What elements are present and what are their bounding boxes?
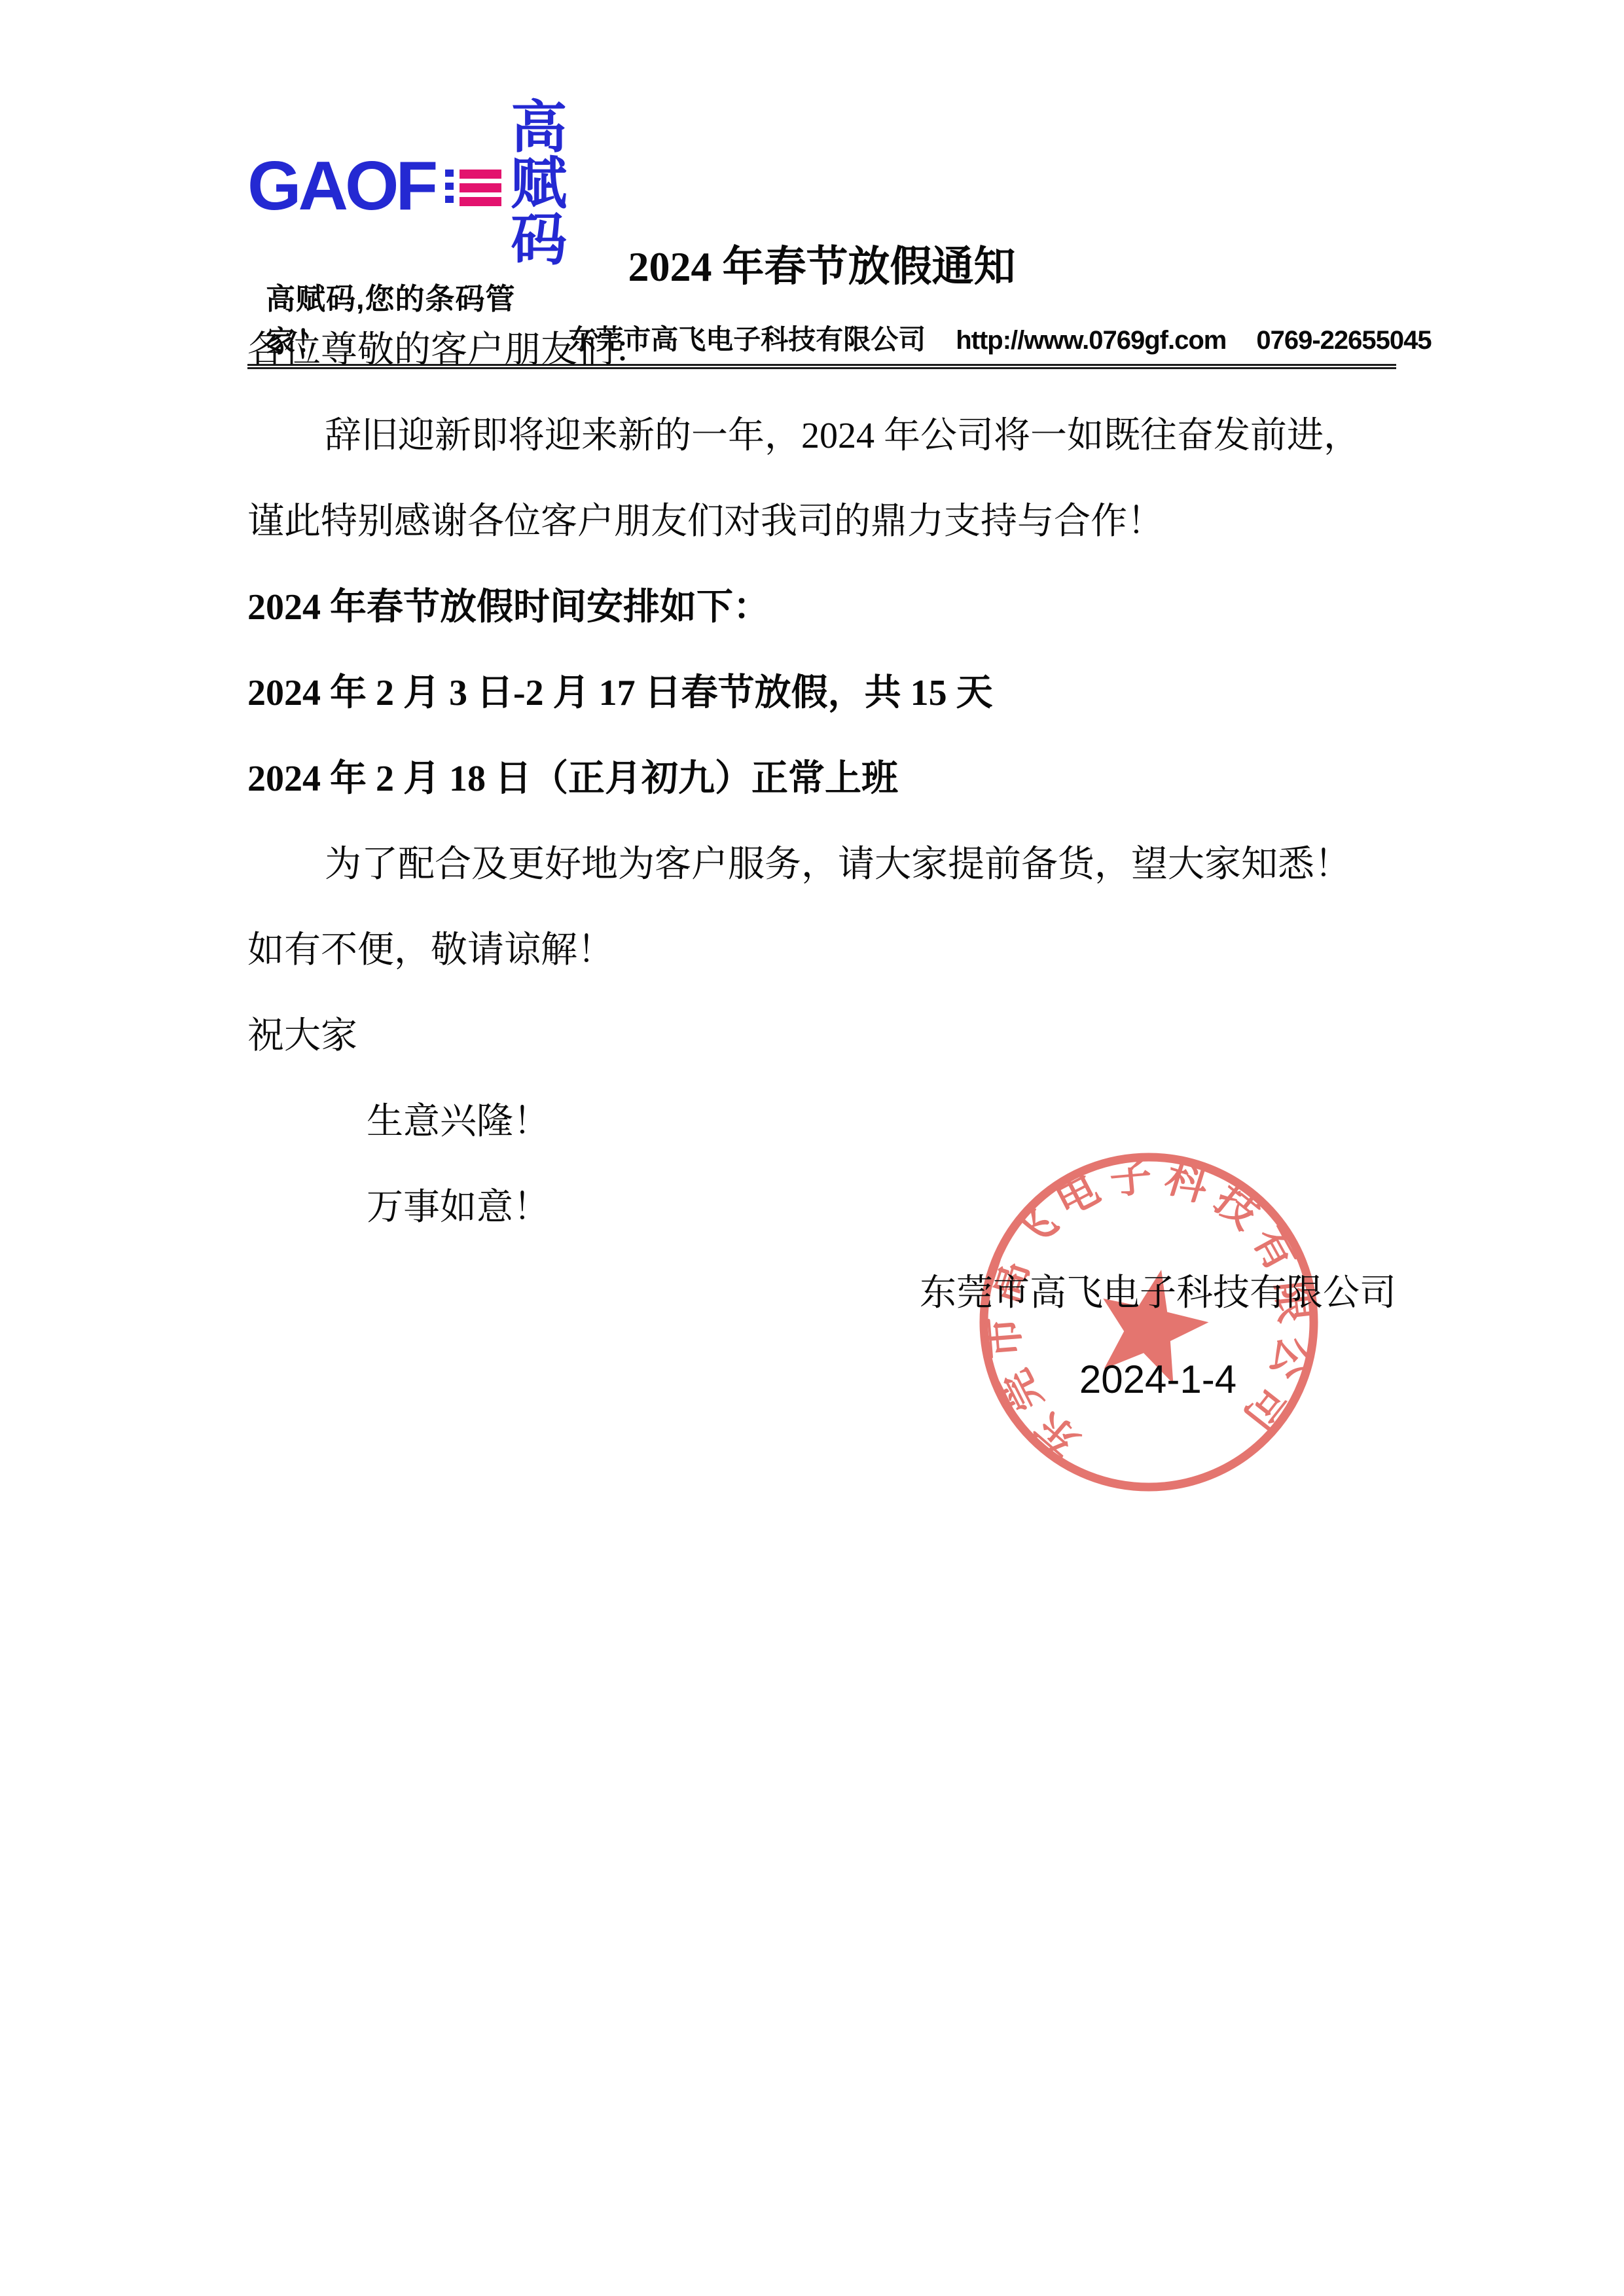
logo-wordmark: GAOF [247, 151, 435, 221]
signature-date: 2024-1-4 [920, 1336, 1396, 1422]
salutation: 各位尊敬的客户朋友们： [247, 308, 1396, 393]
signature-block: 东莞市高飞电子科技有限公司 2024-1-4 [920, 1251, 1396, 1422]
wish-everything: 万事如意！ [247, 1165, 1396, 1251]
signature-area: 东莞市高飞电子科技有限公司 2024-1-4 [247, 1251, 1396, 1422]
document-page: GAOF 高赋码 高赋码,您的条码管家！ 东莞市高飞电子科技有限公司 http:… [0, 0, 1624, 2296]
page-title: 2024 年春节放假通知 [247, 236, 1396, 298]
wish-intro: 祝大家 [247, 994, 1396, 1079]
logo-dash-column [445, 170, 454, 206]
logo-bar [460, 197, 501, 206]
document-body: 各位尊敬的客户朋友们： 辞旧迎新即将迎来新的一年，2024 年公司将一如既往奋发… [247, 308, 1396, 1422]
wish-business: 生意兴隆！ [247, 1079, 1396, 1165]
paragraph-service-line2: 如有不便，敬请谅解！ [247, 908, 1396, 994]
schedule-heading: 2024 年春节放假时间安排如下： [247, 565, 1396, 651]
paragraph-service-line1: 为了配合及更好地为客户服务，请大家提前备货，望大家知悉！ [247, 822, 1396, 908]
logo-bar [460, 170, 501, 179]
schedule-holiday: 2024 年 2 月 3 日-2 月 17 日春节放假，共 15 天 [247, 651, 1396, 736]
signature-company: 东莞市高飞电子科技有限公司 [920, 1251, 1396, 1336]
paragraph-newyear-line2: 谨此特别感谢各位客户朋友们对我司的鼎力支持与合作！ [247, 479, 1396, 565]
logo-e-bars-icon [445, 170, 501, 206]
logo-bar [460, 183, 501, 192]
logo-bars [460, 170, 501, 206]
schedule-back-to-work: 2024 年 2 月 18 日（正月初九）正常上班 [247, 736, 1396, 822]
paragraph-newyear-line1: 辞旧迎新即将迎来新的一年，2024 年公司将一如既往奋发前进， [247, 393, 1396, 479]
